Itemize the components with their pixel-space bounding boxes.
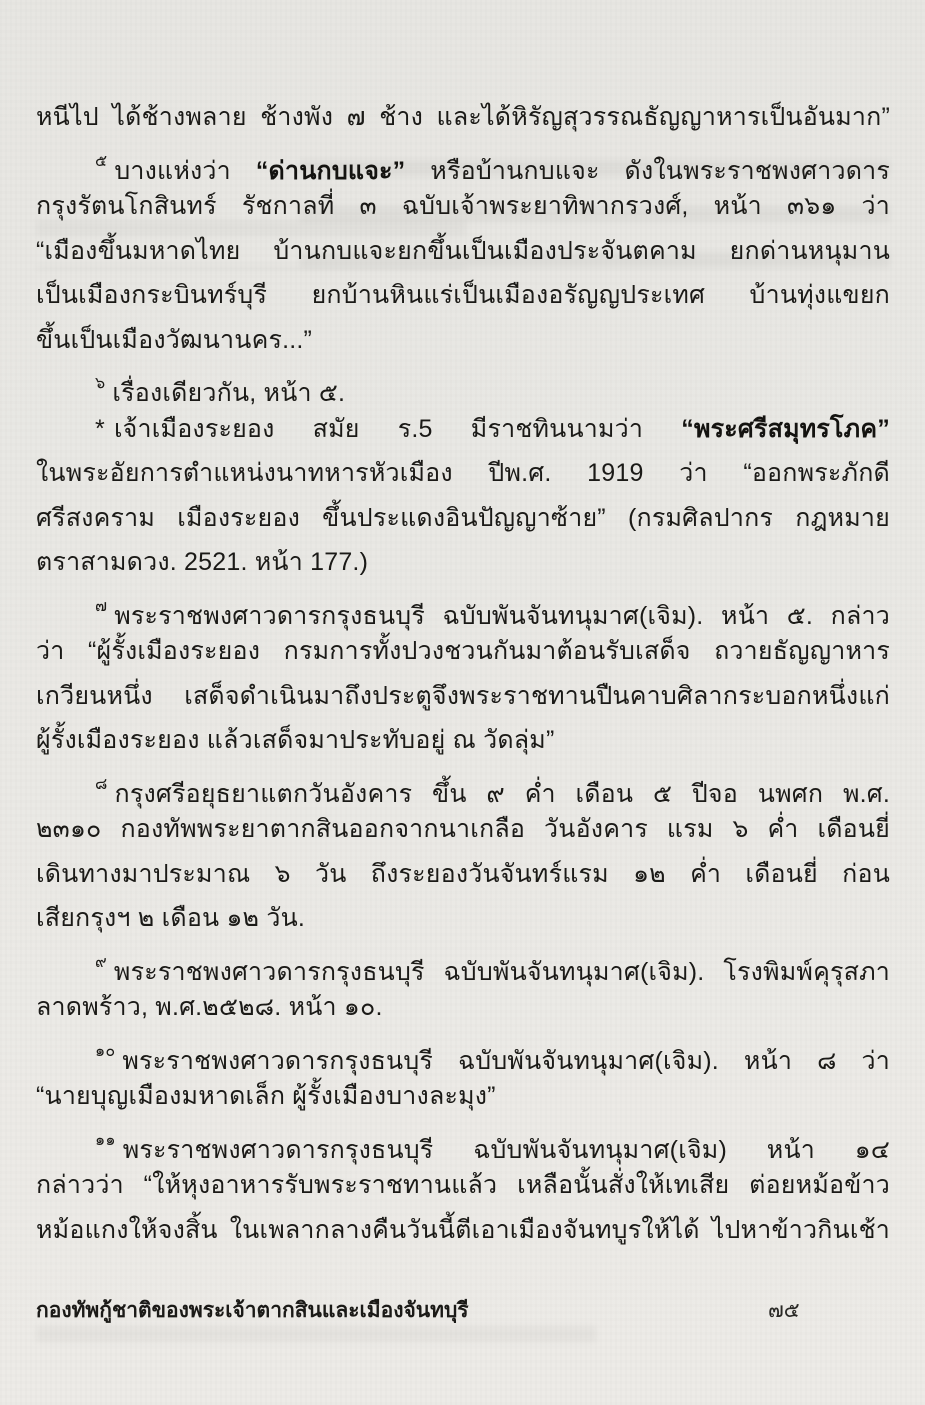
text-line: ๑๑พระราชพงศาวดารกรุงธนบุรี ฉบับพันจันทนุ… [36, 1119, 890, 1164]
footnote-marker: ๙ [95, 941, 107, 986]
text-line: เดินทางมาประมาณ ๖ วัน ถึงระยองวันจันทร์แ… [36, 852, 890, 897]
scanned-page: { "document": { "kind": "scanned-book-pa… [0, 0, 925, 1405]
footnote-marker: ๘ [95, 763, 108, 808]
text-run: กรุงรัตนโกสินทร์ รัชกาลที่ ๓ ฉบับเจ้าพระ… [36, 192, 890, 220]
text-line: ศรีสงคราม เมืองระยอง ขึ้นประแดงอินปัญญาซ… [36, 496, 890, 541]
text-run: เป็นเมืองกระบินทร์บุรี ยกบ้านหินแร่เป็นเ… [36, 281, 890, 309]
paragraph: ๕บางแห่งว่า “ด่านกบแจะ” หรือบ้านกบแจะ ดั… [36, 140, 890, 363]
text-line: ลาดพร้าว, พ.ศ.๒๕๒๘. หน้า ๑๐. [36, 985, 890, 1030]
text-run: ลาดพร้าว, พ.ศ.๒๕๒๘. หน้า ๑๐. [36, 993, 383, 1021]
text-line: เป็นเมืองกระบินทร์บุรี ยกบ้านหินแร่เป็นเ… [36, 273, 890, 318]
paragraph: ๗พระราชพงศาวดารกรุงธนบุรี ฉบับพันจันทนุม… [36, 585, 890, 763]
paragraph: ๖เรื่องเดียวกัน, หน้า ๕. [36, 362, 890, 407]
text-line: ๖เรื่องเดียวกัน, หน้า ๕. [36, 362, 890, 407]
text-run: ขึ้นเป็นเมืองวัฒนานคร...” [36, 326, 312, 354]
page-footer: กองทัพกู้ชาติของพระเจ้าตากสินและเมืองจัน… [0, 1296, 925, 1330]
text-run: ศรีสงคราม เมืองระยอง ขึ้นประแดงอินปัญญาซ… [36, 504, 890, 532]
text-line: “นายบุญเมืองมหาดเล็ก ผู้รั้งเมืองบางละมุ… [36, 1074, 890, 1119]
text-line: เสียกรุงฯ ๒ เดือน ๑๒ วัน. [36, 896, 890, 941]
text-run: พระราชพงศาวดารกรุงธนบุรี ฉบับพันจันทนุมา… [114, 602, 890, 630]
text-run: หรือบ้านกบแจะ ดังในพระราชพงศาวดาร [405, 157, 890, 185]
text-line: ๘กรุงศรีอยุธยาแตกวันอังคาร ขึ้น ๙ ค่ำ เด… [36, 763, 890, 808]
paragraph: ๑๑พระราชพงศาวดารกรุงธนบุรี ฉบับพันจันทนุ… [36, 1119, 890, 1253]
text-line: *เจ้าเมืองระยอง สมัย ร.5 มีราชทินนามว่า … [36, 407, 890, 452]
text-line: หม้อแกงให้จงสิ้น ในเพลากลางคืนวันนี้ตีเอ… [36, 1208, 890, 1253]
bold-run: “ด่านกบแจะ” [256, 157, 406, 185]
footnote-text-block: หนีไป ได้ช้างพลาย ช้างพัง ๗ ช้าง และได้ห… [36, 95, 890, 1252]
footnote-marker: ๖ [95, 362, 105, 407]
text-run: หม้อแกงให้จงสิ้น ในเพลากลางคืนวันนี้ตีเอ… [36, 1216, 890, 1244]
text-run: ผู้รั้งเมืองระยอง แล้วเสด็จมาประทับอยู่ … [36, 726, 555, 754]
paragraph: ๘กรุงศรีอยุธยาแตกวันอังคาร ขึ้น ๙ ค่ำ เด… [36, 763, 890, 941]
text-run: ว่า “ผู้รั้งเมืองระยอง กรมการทั้งปวงชวนก… [36, 637, 890, 665]
footnote-marker: ๑๑ [95, 1119, 116, 1164]
text-run: กล่าวว่า “ให้หุงอาหารรับพระราชทานแล้ว เห… [36, 1171, 890, 1199]
text-run: เดินทางมาประมาณ ๖ วัน ถึงระยองวันจันทร์แ… [36, 860, 890, 888]
text-line: ตราสามดวง. 2521. หน้า 177.) [36, 540, 890, 585]
text-line: ๕บางแห่งว่า “ด่านกบแจะ” หรือบ้านกบแจะ ดั… [36, 140, 890, 185]
footnote-marker: ๑๐ [95, 1030, 115, 1075]
text-run: พระราชพงศาวดารกรุงธนบุรี ฉบับพันจันทนุมา… [122, 1047, 890, 1075]
text-run: ในพระอัยการตำแหน่งนาทหารหัวเมือง ปีพ.ศ. … [36, 459, 890, 487]
text-line: ผู้รั้งเมืองระยอง แล้วเสด็จมาประทับอยู่ … [36, 718, 890, 763]
text-line: ในพระอัยการตำแหน่งนาทหารหัวเมือง ปีพ.ศ. … [36, 451, 890, 496]
text-line: ว่า “ผู้รั้งเมืองระยอง กรมการทั้งปวงชวนก… [36, 629, 890, 674]
text-line: เกวียนหนึ่ง เสด็จดำเนินมาถึงประตูจึงพระร… [36, 674, 890, 719]
bold-run: “พระศรีสมุทรโภค” [681, 415, 890, 443]
text-run: ตราสามดวง. 2521. หน้า 177.) [36, 548, 368, 576]
footnote-marker: ๕ [95, 140, 107, 185]
paragraph: หนีไป ได้ช้างพลาย ช้างพัง ๗ ช้าง และได้ห… [36, 95, 890, 140]
paragraph: ๑๐พระราชพงศาวดารกรุงธนบุรี ฉบับพันจันทนุ… [36, 1030, 890, 1119]
running-title: กองทัพกู้ชาติของพระเจ้าตากสินและเมืองจัน… [36, 1296, 469, 1326]
page-number: ๗๕ [768, 1296, 800, 1326]
text-line: ๑๐พระราชพงศาวดารกรุงธนบุรี ฉบับพันจันทนุ… [36, 1030, 890, 1075]
text-line: “เมืองขึ้นมหาดไทย บ้านกบแจะยกขึ้นเป็นเมื… [36, 229, 890, 274]
text-run: “นายบุญเมืองมหาดเล็ก ผู้รั้งเมืองบางละมุ… [36, 1082, 496, 1110]
text-run: เกวียนหนึ่ง เสด็จดำเนินมาถึงประตูจึงพระร… [36, 682, 890, 710]
text-run: กรุงศรีอยุธยาแตกวันอังคาร ขึ้น ๙ ค่ำ เดื… [115, 780, 890, 808]
text-run: พระราชพงศาวดารกรุงธนบุรี ฉบับพันจันทนุมา… [123, 1136, 890, 1164]
text-line: กล่าวว่า “ให้หุงอาหารรับพระราชทานแล้ว เห… [36, 1163, 890, 1208]
text-line: ๗พระราชพงศาวดารกรุงธนบุรี ฉบับพันจันทนุม… [36, 585, 890, 630]
text-run: บางแห่งว่า [114, 157, 256, 185]
text-run: พระราชพงศาวดารกรุงธนบุรี ฉบับพันจันทนุมา… [114, 958, 890, 986]
text-line: ๒๓๑๐ กองทัพพระยาตากสินออกจากนาเกลือ วันอ… [36, 807, 890, 852]
text-line: กรุงรัตนโกสินทร์ รัชกาลที่ ๓ ฉบับเจ้าพระ… [36, 184, 890, 229]
text-run: เสียกรุงฯ ๒ เดือน ๑๒ วัน. [36, 904, 305, 932]
text-run: ๒๓๑๐ กองทัพพระยาตากสินออกจากนาเกลือ วันอ… [36, 815, 890, 843]
text-line: ๙พระราชพงศาวดารกรุงธนบุรี ฉบับพันจันทนุม… [36, 941, 890, 986]
text-run: เจ้าเมืองระยอง สมัย ร.5 มีราชทินนามว่า [114, 415, 681, 443]
paragraph: ๙พระราชพงศาวดารกรุงธนบุรี ฉบับพันจันทนุม… [36, 941, 890, 1030]
text-run: หนีไป ได้ช้างพลาย ช้างพัง ๗ ช้าง และได้ห… [36, 103, 890, 131]
text-line: หนีไป ได้ช้างพลาย ช้างพัง ๗ ช้าง และได้ห… [36, 95, 890, 140]
footnote-marker: * [95, 407, 105, 452]
text-line: ขึ้นเป็นเมืองวัฒนานคร...” [36, 318, 890, 363]
text-run: “เมืองขึ้นมหาดไทย บ้านกบแจะยกขึ้นเป็นเมื… [36, 237, 890, 265]
footnote-marker: ๗ [95, 585, 107, 630]
text-run: เรื่องเดียวกัน, หน้า ๕. [112, 379, 345, 407]
paragraph: *เจ้าเมืองระยอง สมัย ร.5 มีราชทินนามว่า … [36, 407, 890, 585]
